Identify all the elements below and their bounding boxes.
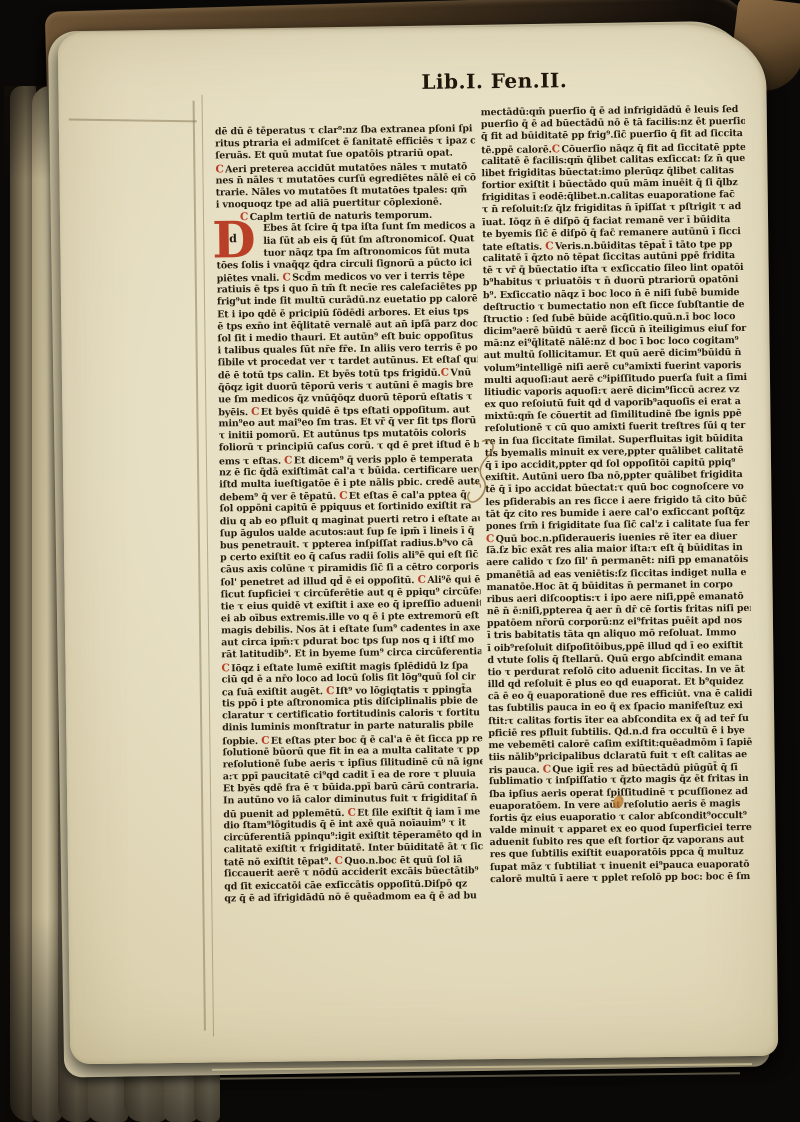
rubric-capitulum-mark: C: [441, 367, 449, 379]
leaf-edge-line: [69, 119, 197, 122]
rubric-capitulum-mark: C: [284, 454, 292, 466]
rubric-capitulum-mark: C: [545, 240, 553, 252]
text-line: qz q̄ ē ad īfrigidādū nō ē quēadmom ea q…: [224, 890, 484, 905]
rubric-capitulum-mark: C: [339, 490, 347, 502]
guide-letter: d: [229, 233, 237, 244]
rubric-capitulum-mark: C: [215, 163, 223, 175]
rubric-capitulum-mark: C: [486, 533, 494, 545]
rubric-capitulum-mark: C: [282, 272, 290, 284]
text-column-right: mectādū:qm̄ puerſio q̄ ē ad infrigidādū …: [481, 104, 754, 886]
running-header: Lib.I. Fen.II.: [394, 68, 594, 94]
book-page: Lib.I. Fen.II. dē dū ē tēperatus τ clar⁹…: [58, 24, 779, 1065]
rubric-capitulum-mark: C: [335, 855, 343, 867]
rubric-capitulum-mark: C: [251, 406, 259, 418]
text-line: calorē multū ī aere τ pplet̄ reſolō pp b…: [490, 871, 754, 886]
rubric-capitulum-mark: C: [347, 806, 355, 818]
rubric-capitulum-mark: C: [326, 685, 334, 697]
handwritten-marginalia: [453, 435, 504, 510]
rubric-capitulum-mark: C: [552, 143, 560, 155]
rubric-capitulum-mark: C: [418, 574, 426, 586]
rubric-capitulum-mark: C: [221, 662, 229, 674]
illuminated-initial: D d: [212, 216, 261, 269]
rubric-capitulum-mark: C: [261, 734, 269, 746]
book-photo: Lib.I. Fen.II. dē dū ē tēperatus τ clar⁹…: [0, 0, 800, 1122]
rubric-capitulum-mark: C: [543, 764, 551, 776]
